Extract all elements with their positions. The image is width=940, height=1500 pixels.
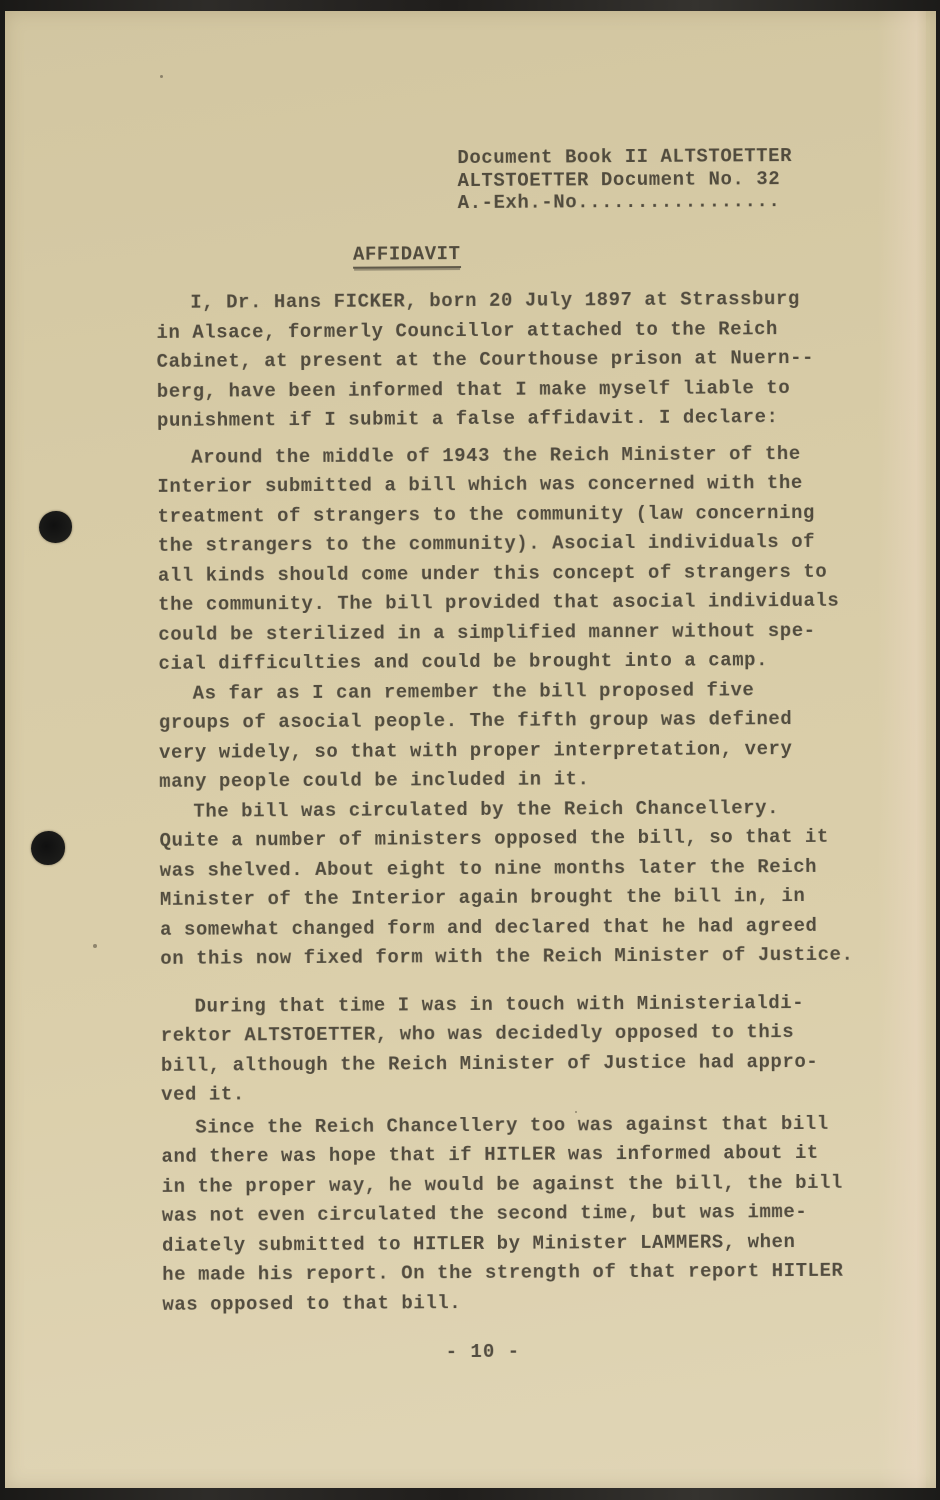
document-title: AFFIDAVIT	[353, 243, 461, 269]
paragraph-declaration: I, Dr. Hans FICKER, born 20 July 1897 at…	[156, 285, 869, 437]
paragraph-bill-1943: Around the middle of 1943 the Reich Mini…	[157, 439, 870, 679]
punch-hole-top	[39, 511, 72, 543]
ink-speck	[575, 1111, 577, 1113]
paragraph-chancellery-hitler: Since the Reich Chancellery too was agai…	[161, 1109, 874, 1320]
document-page: Document Book II ALTSTOETTER ALTSTOETTER…	[5, 11, 936, 1488]
typewritten-content: Document Book II ALTSTOETTER ALTSTOETTER…	[0, 8, 940, 1491]
document-title-text: AFFIDAVIT	[353, 243, 461, 269]
scan-background: { "document": { "header_lines": [ "Docum…	[0, 0, 940, 1500]
affidavit-body: I, Dr. Hans FICKER, born 20 July 1897 at…	[156, 285, 874, 1320]
ink-speck	[93, 944, 97, 948]
paragraph-bill-circulated: The bill was circulated by the Reich Cha…	[159, 793, 872, 974]
document-header: Document Book II ALTSTOETTER ALTSTOETTER…	[457, 145, 792, 215]
ink-speck	[160, 75, 163, 78]
paragraph-five-groups: As far as I can remember the bill propos…	[159, 675, 872, 797]
page-number: - 10 -	[446, 1341, 521, 1363]
paragraph-altstoetter: During that time I was in touch with Min…	[160, 988, 873, 1110]
punch-hole-bottom	[31, 831, 65, 865]
